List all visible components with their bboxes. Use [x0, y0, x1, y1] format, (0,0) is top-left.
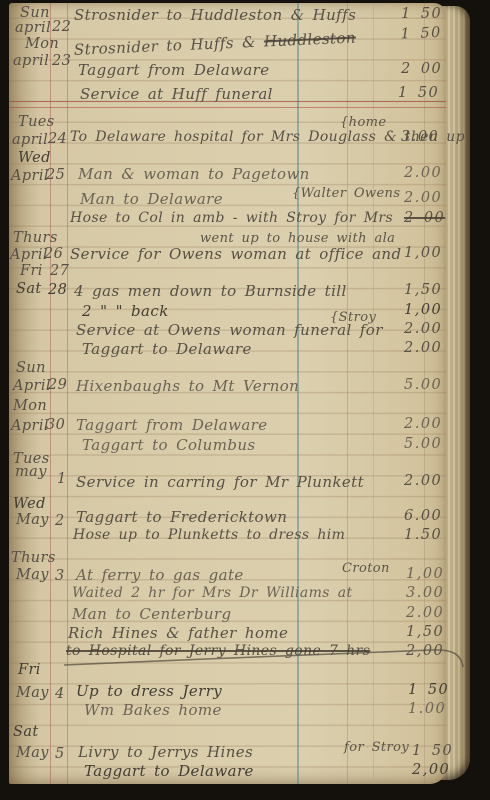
entry-amount: 1 50	[408, 682, 449, 698]
entry-text: Livry to Jerrys Hines	[78, 743, 253, 761]
entry-text: Hose up to Plunketts to dress him	[73, 527, 345, 543]
entry-line: Taggart from Delaware 2.00	[0, 416, 472, 436]
entry-amount: 1,50	[404, 282, 442, 298]
entry-text: Taggart from Delaware	[78, 61, 270, 79]
entry-amount: 1 50	[412, 743, 453, 759]
date-label: Fri	[20, 263, 43, 279]
struck-text: Huddleston	[264, 29, 357, 51]
entry-amount: 2.00	[406, 605, 444, 621]
entry-line: Wm Bakes home 1.00	[0, 701, 472, 721]
entry-amount-struck: 2 00	[404, 210, 445, 226]
entry-line: Up to dress Jerry 1 50	[0, 682, 472, 702]
entry-line: Hixenbaughs to Mt Vernon 5.00	[0, 377, 472, 397]
entry-amount: 2,00	[406, 643, 444, 659]
entry-line: Man to Centerburg 2.00	[0, 605, 472, 625]
date-label: Sat	[13, 724, 39, 740]
entry-amount: 2.00	[404, 165, 442, 181]
entry-line: Hose up to Plunketts to dress him 1.50	[0, 527, 472, 547]
entry-amount: 2,00	[412, 762, 450, 778]
ledger-scan: Sun april 22 Mon april 23 Tues april 24 …	[0, 0, 490, 800]
date-number: 27	[50, 263, 69, 279]
entry-amount: 1,00	[406, 566, 444, 582]
entry-text: Strosnider to Huddleston & Huffs	[74, 6, 356, 24]
entry-text: Service in carring for Mr Plunkett	[76, 473, 364, 491]
entry-line: Service at Huff funeral 1 50	[0, 85, 472, 105]
entry-text: Taggart from Delaware	[76, 416, 268, 434]
date-label: Sun	[16, 360, 46, 376]
entry-line: to Hospital for Jerry Hines gone 7 hrs 2…	[0, 643, 472, 663]
date-label: Tues	[18, 114, 55, 130]
entry-amount: 2.00	[404, 473, 442, 489]
entry-amount: 5.00	[404, 436, 442, 452]
entry-amount: 1 50	[400, 25, 442, 43]
struck-text: to Hospital for Jerry Hines gone 7 hrs	[66, 643, 370, 659]
entry-amount: 3.00	[406, 585, 444, 601]
entry-text: Service at Owens woman funeral for	[76, 321, 383, 339]
entry-amount: 1 50	[398, 85, 439, 101]
entry-text: 4 gas men down to Burnside till	[74, 282, 347, 300]
entry-line: Taggart from Delaware 2 00	[0, 61, 472, 81]
entry-text: At ferry to gas gate	[76, 566, 244, 584]
entry-text: Hixenbaughs to Mt Vernon	[76, 377, 299, 395]
entry-text: Taggart to Delaware	[84, 762, 254, 780]
entry-line: Taggart to Fredericktown 6.00	[0, 508, 472, 528]
entry-line: Service at Owens woman funeral for 2.00	[0, 321, 472, 341]
entry-amount: 1.50	[404, 527, 442, 543]
entry-amount: 1,00	[404, 302, 442, 318]
entry-line: Service for Owens woman at office and 1,…	[0, 245, 472, 265]
entry-amount: 2.00	[404, 340, 442, 356]
entry-text: 2 " " back	[82, 302, 169, 320]
date-label: Thurs	[11, 550, 56, 566]
entry-amount: 2.00	[404, 190, 442, 206]
entry-text: Man & woman to Pagetown	[78, 165, 310, 183]
entry-text: Taggart to Fredericktown	[76, 508, 287, 526]
entry-amount: 1 50	[401, 6, 442, 22]
entry-line: Hose to Col in amb - with Stroy for Mrs …	[0, 210, 472, 230]
entry-amount: 3.00	[401, 129, 439, 145]
date-label: Mon	[13, 398, 47, 414]
entry-amount: 6.00	[404, 508, 442, 524]
entry-line: Taggart to Delaware 2.00	[0, 340, 472, 360]
entry-text: Man to Delaware	[80, 190, 223, 208]
entry-line: Rich Hines & father home 1,50	[0, 624, 472, 644]
entry-amount: 2.00	[404, 416, 442, 432]
entry-text: Wm Bakes home	[84, 701, 222, 719]
entry-line: At ferry to gas gate 1,00	[0, 566, 472, 586]
entry-line: Taggart to Columbus 5.00	[0, 436, 472, 456]
entry-line: Livry to Jerrys Hines 1 50	[0, 743, 472, 763]
entry-amount: 2 00	[401, 61, 442, 77]
note-annotation: {home	[340, 115, 387, 130]
entry-line: To Delaware hospital for Mrs Douglass & …	[0, 129, 472, 149]
entry-text: Taggart to Columbus	[82, 436, 255, 454]
entry-amount: 1.00	[408, 701, 446, 717]
entry-line: Service in carring for Mr Plunkett 2.00	[0, 473, 472, 493]
entry-text: Up to dress Jerry	[76, 682, 222, 700]
entry-line: Waited 2 hr for Mrs Dr Williams at 3.00	[0, 585, 472, 605]
entry-amount: 5.00	[404, 377, 442, 393]
entry-line: Taggart to Delaware 2,00	[0, 762, 472, 782]
entry-text: Man to Centerburg	[72, 605, 231, 623]
entry-line: Man to Delaware 2.00	[0, 190, 472, 210]
entry-amount: 2.00	[404, 321, 442, 337]
entry-text: Waited 2 hr for Mrs Dr Williams at	[72, 585, 353, 601]
entry-text: Service at Huff funeral	[80, 85, 273, 103]
entry-text: Hose to Col in amb - with Stroy for Mrs	[70, 210, 393, 226]
entry-line: Man & woman to Pagetown 2.00	[0, 165, 472, 185]
entry-amount: 1,50	[406, 624, 444, 640]
entry-text: Taggart to Delaware	[82, 340, 252, 358]
date-label: Wed	[18, 150, 51, 166]
entry-line: 4 gas men down to Burnside till 1,50	[0, 282, 472, 302]
entry-text: Service for Owens woman at office and	[70, 245, 402, 263]
entry-line: 2 " " back 1,00	[0, 302, 472, 322]
entry-amount: 1,00	[404, 245, 442, 261]
note-annotation: went up to house with ala	[200, 231, 395, 246]
date-label: Fri	[18, 662, 41, 678]
date-label: Thurs	[13, 230, 58, 246]
entry-line: Strosnider to Huddleston & Huffs 1 50	[0, 6, 472, 26]
entry-text: Rich Hines & father home	[68, 624, 288, 642]
